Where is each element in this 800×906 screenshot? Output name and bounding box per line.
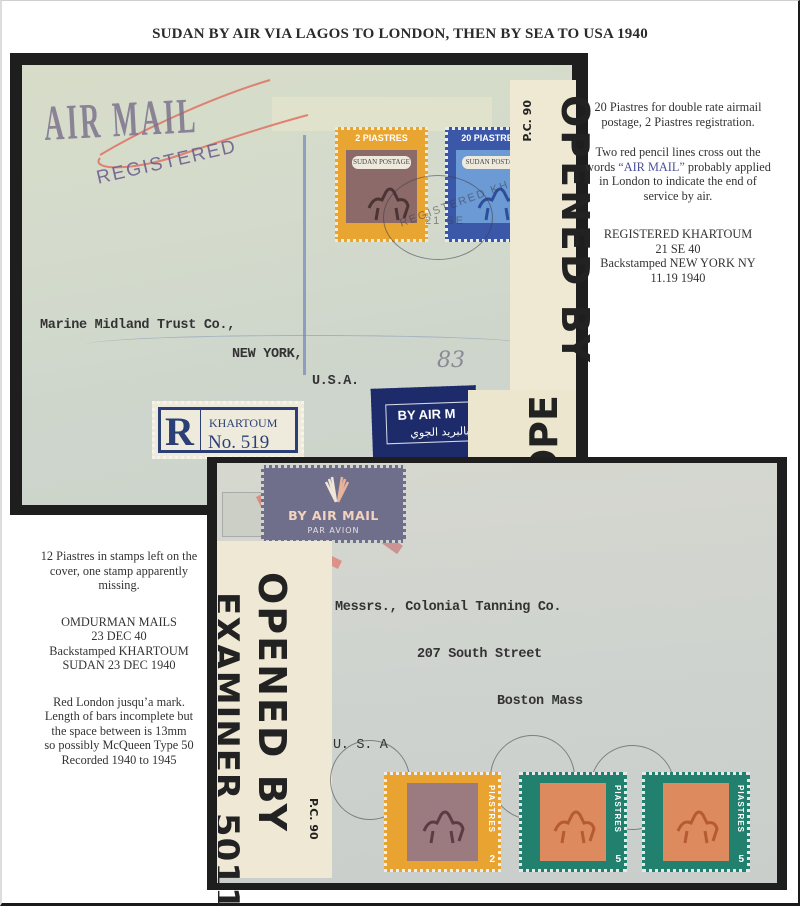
address-line-1: Marine Midland Trust Co., (40, 318, 235, 333)
address-line-3: Boston Mass (497, 694, 583, 709)
stamp-face-value: 2 PIASTRES (338, 133, 425, 143)
camel-postman-icon (419, 801, 469, 846)
page-title: SUDAN BY AIR VIA LAGOS TO LONDON, THEN B… (0, 26, 800, 43)
address-line-2: 207 South Street (417, 647, 542, 662)
note-postmarks: REGISTERED KHARTOUM 21 SE 40 Backstamped… (583, 227, 773, 285)
airmail-label-arabic: بالبريد الجوي (410, 424, 470, 439)
wings-icon (322, 474, 352, 504)
airmail-label-grey: BY AIR MAIL PAR AVION (261, 465, 406, 543)
address-line-1: Messrs., Colonial Tanning Co. (335, 600, 561, 615)
camel-postman-icon (550, 801, 600, 846)
airmail-handstamp: AIR MAIL (42, 86, 199, 152)
stamp-5-piastres: PIASTRES 5 (519, 772, 627, 872)
stamp-label: PIASTRES (613, 785, 622, 833)
stamp-vignette (407, 783, 478, 861)
stamp-value: 5 (615, 854, 621, 865)
registration-label: R KHARTOUM No. 519 (152, 401, 304, 459)
notes-cover-2: 12 Piastres in stamps left on the cover,… (34, 549, 204, 783)
stamp-country: SUDAN POSTAGE (352, 156, 411, 169)
address-line-3: U.S.A. (312, 374, 359, 389)
airmail-label-text: BY AIR M (397, 406, 455, 423)
note-postmarks: OMDURMAN MAILS 23 DEC 40 Backstamped KHA… (34, 615, 204, 673)
stamp-vignette (540, 783, 606, 861)
registration-letter: R (165, 408, 194, 455)
stamp-5-piastres: PIASTRES 5 (642, 772, 750, 872)
postmark-date: 21 SE (425, 215, 465, 227)
note-red-pencil: Two red pencil lines cross out the words… (583, 145, 773, 203)
stamp-label: PIASTRES (736, 785, 745, 833)
airmail-label-blue: BY AIR M بالبريد الجوي (371, 385, 479, 467)
stamp-2-piastres: PIASTRES 2 (384, 772, 501, 872)
address-line-2: NEW YORK, (232, 347, 302, 362)
note-stamps: 12 Piastres in stamps left on the cover,… (34, 549, 204, 593)
stamp-value: 2 (489, 854, 495, 865)
stamp-value: 5 (738, 854, 744, 865)
notes-cover-1: 20 Piastres for double rate airmail post… (583, 100, 773, 301)
stamp-label: PIASTRES (487, 785, 496, 833)
registration-number: No. 519 (208, 432, 269, 454)
registration-town: KHARTOUM (209, 416, 277, 431)
censor-code: P.C. 90 (307, 798, 320, 840)
pencil-annotation: 83 (437, 348, 465, 373)
note-jusqua-mark: Red London jusqu’a mark. Length of bars … (34, 695, 204, 768)
censor-opened-by: OPENED BY (250, 572, 294, 833)
airmail-label-subtext: PAR AVION (264, 526, 403, 535)
note-postage: 20 Piastres for double rate airmail post… (583, 100, 773, 129)
stamp-vignette (663, 783, 729, 861)
censor-code: P.C. 90 (521, 100, 534, 142)
blue-crayon-line (85, 335, 535, 355)
airmail-label-text: BY AIR MAIL (264, 508, 403, 523)
camel-postman-icon (673, 801, 723, 846)
